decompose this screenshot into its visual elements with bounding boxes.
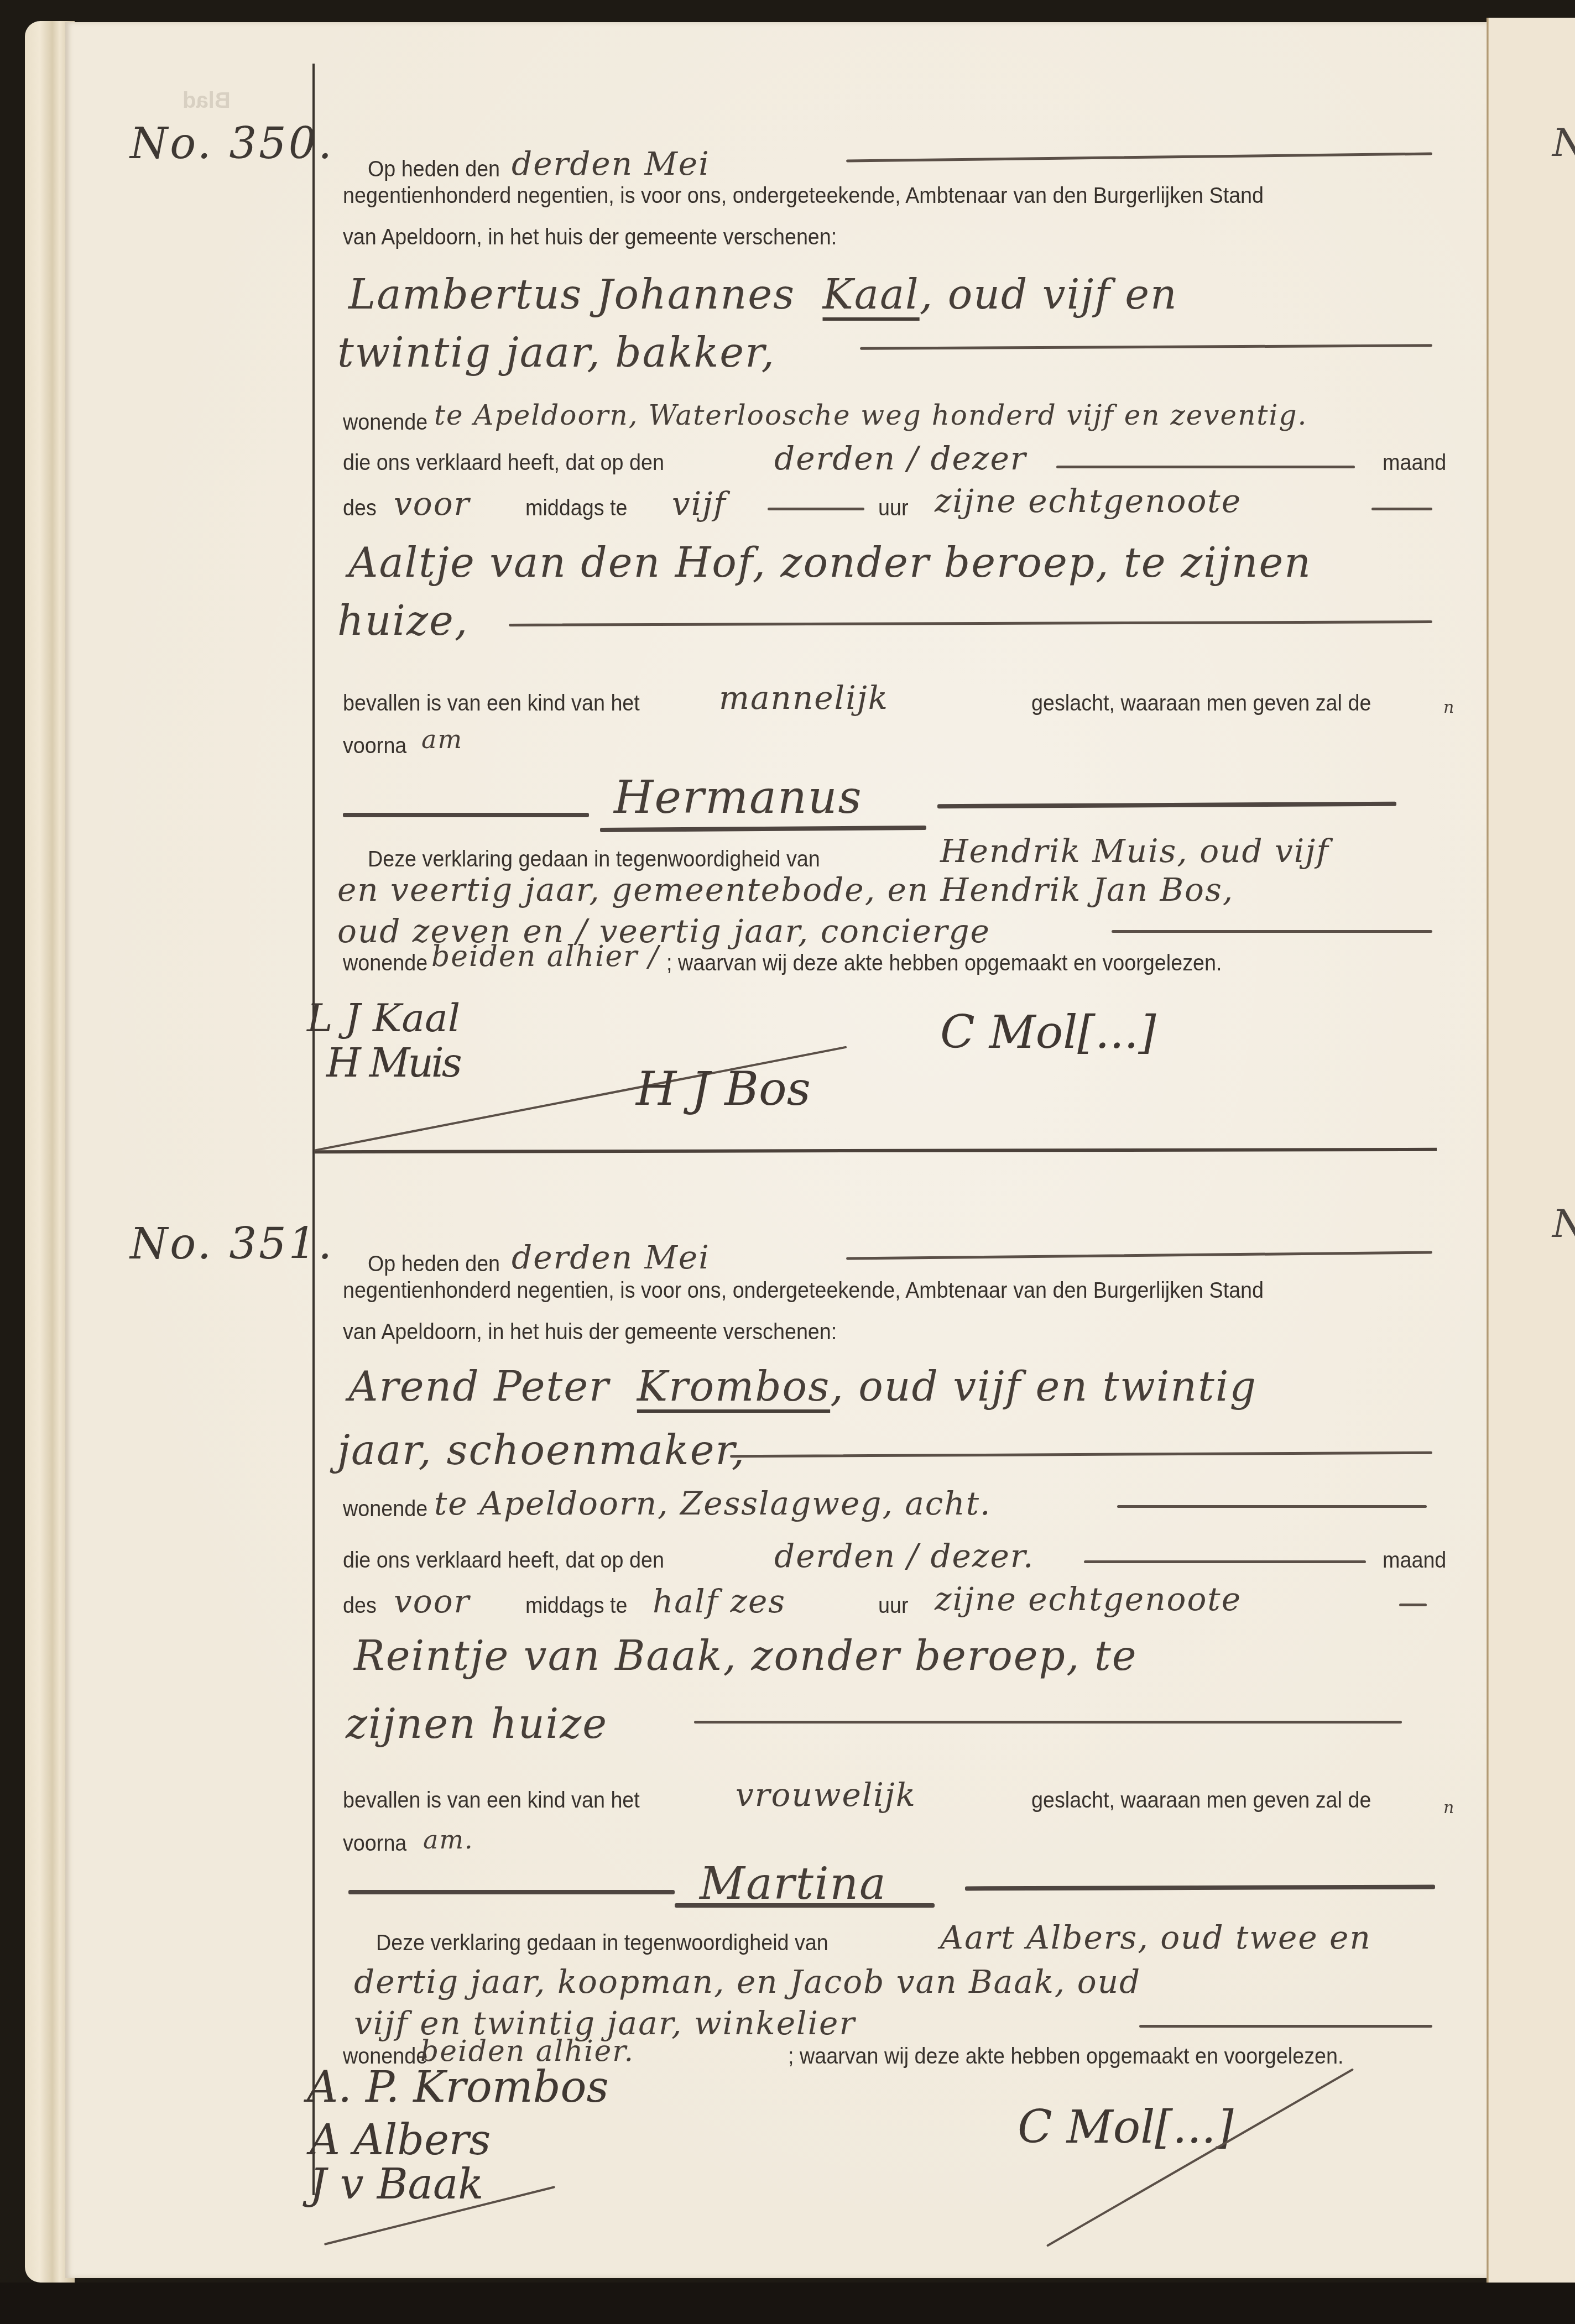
handwritten-date: derden Mei [512,1239,710,1276]
handwritten-text: zijnen huize [346,1700,608,1748]
handwritten-text: beiden alhier / [431,940,659,973]
handwritten-text: twintig jaar, bakker, [337,329,775,377]
printed-text: van Apeldoorn, in het huis der gemeente … [343,224,837,250]
handwritten-date: derden Mei [512,145,710,182]
fill-line [1371,508,1432,510]
signature-official: C Mol[...] [940,1006,1156,1059]
fill-line [1056,466,1355,468]
handwritten-text: voor [394,1583,470,1620]
fill-line [1112,930,1432,933]
printed-text: Op heden den [368,1251,500,1277]
handwritten-residence: te Apeldoorn, Waterloosche weg honderd v… [434,399,1307,431]
handwritten-mother: Aaltje van den Hof, zonder beroep, te zi… [348,539,1312,587]
printed-text: ; waarvan wij deze akte hebben opgemaakt… [788,2043,1343,2069]
scan-background [0,2283,1575,2324]
printed-text: ; waarvan wij deze akte hebben opgemaakt… [666,950,1222,976]
handwritten-text: zijne echtgenoote [935,482,1242,520]
printed-text: middags te [525,1592,628,1618]
bleed-through-header: Blad [182,88,231,113]
signature-witness-2: J v Baak [310,2159,483,2208]
printed-text: Deze verklaring gedaan in tegenwoordighe… [376,1930,828,1956]
child-name-underline [675,1903,935,1908]
declarant-surname: Krombos [637,1363,830,1411]
signature-official: C Mol[...] [1018,2101,1234,2154]
fill-line [343,813,589,817]
handwritten-witness: Aart Albers, oud twee en [940,1919,1371,1956]
signature-witness-2: H J Bos [636,1062,811,1116]
fill-line [768,508,864,510]
signature-witness-1: A Albers [310,2115,491,2164]
printed-text: negentienhonderd negentien, is voor ons,… [343,182,1264,208]
handwritten-witness: Hendrik Muis, oud vijf [940,832,1329,870]
printed-text: die ons verklaard heeft, dat op den [343,450,664,476]
declarant-age: , oud vijf en [920,271,1178,318]
handwritten-text: am. [423,1825,474,1855]
printed-text: Op heden den [368,156,500,182]
handwritten-text: am [421,724,463,754]
handwritten-text: zijne echtgenoote [935,1580,1242,1618]
signature-declarant: A. P. Krombos [307,2062,609,2112]
declarant-surname: Kaal [822,271,919,318]
fill-line [1139,2025,1432,2028]
fill-line [1084,1560,1366,1563]
handwritten-text: n [1443,698,1455,717]
next-page-strip: N N [1489,18,1575,2285]
act-number: No. 351. [130,1219,334,1269]
fill-line [348,1890,675,1894]
handwritten-declarant-name: Lambertus Johannes Kaal, oud vijf en [348,271,1178,318]
handwritten-sex: vrouwelijk [736,1776,916,1814]
declarant-given-names: Lambertus Johannes [348,271,795,318]
printed-text: voorna [343,1830,406,1856]
printed-text: wonende [343,950,427,976]
handwritten-text: derden / dezer. [774,1537,1035,1575]
printed-text: maand [1383,450,1446,476]
printed-text: negentienhonderd negentien, is voor ons,… [343,1277,1264,1303]
margin-rule [312,64,315,2195]
printed-text: geslacht, waaraan men geven zal de [1031,690,1371,716]
act-number: No. 350. [130,119,334,169]
printed-text: maand [1383,1547,1446,1573]
declarant-age: , oud vijf en twintig [830,1363,1257,1411]
printed-text: middags te [525,495,628,521]
handwritten-text: jaar, schoenmaker, [337,1427,745,1474]
printed-text: van Apeldoorn, in het huis der gemeente … [343,1319,837,1345]
handwritten-sex: mannelijk [719,679,889,717]
printed-text: wonende [343,1496,427,1522]
printed-text: uur [878,495,909,521]
printed-text: wonende [343,409,427,435]
handwritten-text: n [1443,1798,1455,1818]
handwritten-text: voor [394,485,470,523]
printed-text: Deze verklaring gedaan in tegenwoordighe… [368,846,820,872]
child-name: Hermanus [614,771,863,824]
handwritten-text: huize, [337,597,468,645]
handwritten-mother: Reintje van Baak, zonder beroep, te [354,1632,1138,1680]
next-page-act-number-fragment: N [1552,1201,1575,1246]
declarant-given-names: Arend Peter [348,1363,609,1411]
printed-text: die ons verklaard heeft, dat op den [343,1547,664,1573]
printed-text: des [343,1592,377,1618]
printed-text: des [343,495,377,521]
printed-text: bevallen is van een kind van het [343,1787,640,1813]
handwritten-text: dertig jaar, koopman, en Jacob van Baak,… [354,1963,1141,2001]
handwritten-text: en veertig jaar, gemeentebode, en Hendri… [337,871,1234,908]
printed-text: voorna [343,733,406,759]
handwritten-text: derden / dezer [774,440,1026,477]
fill-line [694,1721,1402,1724]
signature-witness-1: H Muis [326,1040,460,1086]
handwritten-declarant-name: Arend Peter Krombos, oud vijf en twintig [348,1363,1257,1411]
printed-text: uur [878,1592,909,1618]
printed-text: bevallen is van een kind van het [343,690,640,716]
handwritten-text: half zes [653,1583,786,1620]
signature-declarant: L J Kaal [307,995,460,1041]
handwritten-text: vijf [672,485,727,523]
fill-line [1399,1604,1427,1606]
handwritten-residence: te Apeldoorn, Zesslagweg, acht. [434,1485,991,1522]
next-page-act-number-fragment: N [1552,120,1575,165]
fill-line [1117,1505,1427,1508]
printed-text: geslacht, waaraan men geven zal de [1031,1787,1371,1813]
child-name: Martina [700,1858,887,1909]
